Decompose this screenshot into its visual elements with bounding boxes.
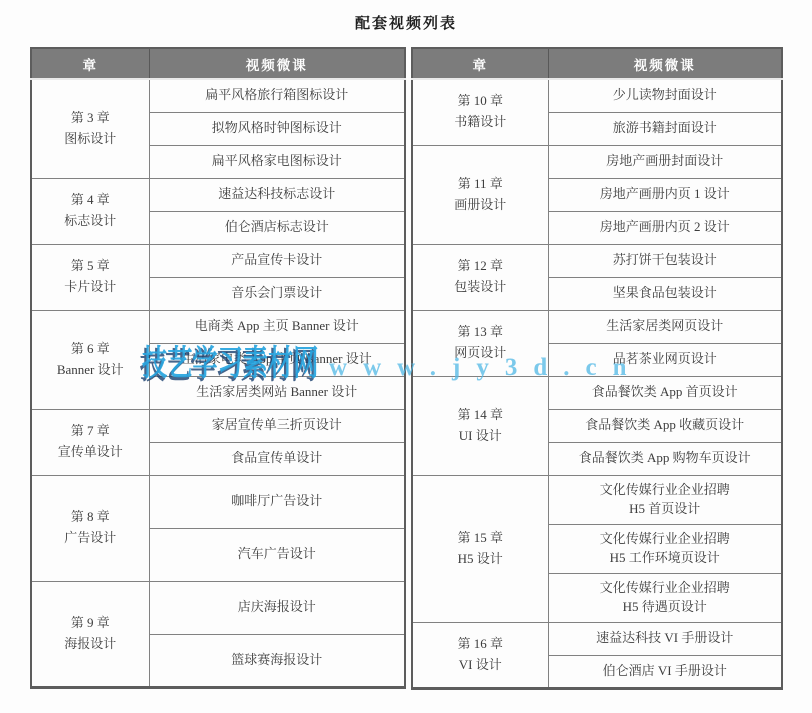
chapter-number: 第 13 章 xyxy=(415,322,546,343)
video-cell: 文化传媒行业企业招聘 H5 待遇页设计 xyxy=(548,573,782,622)
chapter-number: 第 16 章 xyxy=(415,634,546,655)
chapter-number: 第 5 章 xyxy=(34,256,147,277)
chapter-topic: 图标设计 xyxy=(34,129,147,150)
chapter-number: 第 10 章 xyxy=(415,91,546,112)
table-header-row: 章视频微课 xyxy=(31,48,405,79)
table-header-row: 章视频微课 xyxy=(412,48,782,79)
chapter-number: 第 12 章 xyxy=(415,256,546,277)
video-cell: 品茗茶业网页设计 xyxy=(548,343,782,376)
video-cell: 房地产画册内页 2 设计 xyxy=(548,211,782,244)
videos-header-cell: 视频微课 xyxy=(548,48,782,79)
chapter-number: 第 14 章 xyxy=(415,405,546,426)
chapter-cell: 第 11 章画册设计 xyxy=(412,145,548,244)
chapter-number: 第 8 章 xyxy=(34,507,147,528)
chapter-cell: 第 14 章UI 设计 xyxy=(412,376,548,475)
chapter-topic: UI 设计 xyxy=(415,426,546,447)
chapter-topic: 卡片设计 xyxy=(34,277,147,298)
table-row: 第 10 章书籍设计少儿读物封面设计 xyxy=(412,79,782,112)
table-row: 第 8 章广告设计咖啡厅广告设计 xyxy=(31,475,405,528)
chapter-number: 第 9 章 xyxy=(34,613,147,634)
table-row: 第 12 章包装设计苏打饼干包装设计 xyxy=(412,244,782,277)
table-row: 第 16 章VI 设计速益达科技 VI 手册设计 xyxy=(412,622,782,655)
chapter-video-table-right: 章视频微课第 10 章书籍设计少儿读物封面设计旅游书籍封面设计第 11 章画册设… xyxy=(411,47,783,690)
chapter-cell: 第 16 章VI 设计 xyxy=(412,622,548,688)
video-cell: 伯仑酒店 VI 手册设计 xyxy=(548,655,782,688)
chapter-topic: 书籍设计 xyxy=(415,112,546,133)
video-cell: 生活家电类 App 主页 Banner 设计 xyxy=(149,343,405,376)
table-row: 第 6 章Banner 设计电商类 App 主页 Banner 设计 xyxy=(31,310,405,343)
video-cell: 少儿读物封面设计 xyxy=(548,79,782,112)
video-cell: 食品餐饮类 App 收藏页设计 xyxy=(548,409,782,442)
chapter-topic: 网页设计 xyxy=(415,343,546,364)
video-cell: 拟物风格时钟图标设计 xyxy=(149,112,405,145)
video-cell: 旅游书籍封面设计 xyxy=(548,112,782,145)
video-cell: 扁平风格旅行箱图标设计 xyxy=(149,79,405,112)
scanned-page: 配套视频列表 章视频微课第 3 章图标设计扁平风格旅行箱图标设计拟物风格时钟图标… xyxy=(0,0,812,713)
video-cell: 苏打饼干包装设计 xyxy=(548,244,782,277)
table-row: 第 11 章画册设计房地产画册封面设计 xyxy=(412,145,782,178)
chapter-topic: VI 设计 xyxy=(415,655,546,676)
chapter-cell: 第 4 章标志设计 xyxy=(31,178,149,244)
chapter-cell: 第 6 章Banner 设计 xyxy=(31,310,149,409)
video-cell: 食品餐饮类 App 首页设计 xyxy=(548,376,782,409)
chapter-cell: 第 12 章包装设计 xyxy=(412,244,548,310)
table-row: 第 7 章宣传单设计家居宣传单三折页设计 xyxy=(31,409,405,442)
chapter-cell: 第 3 章图标设计 xyxy=(31,79,149,178)
table-row: 第 13 章网页设计生活家居类网页设计 xyxy=(412,310,782,343)
chapter-number: 第 3 章 xyxy=(34,108,147,129)
video-cell: 房地产画册内页 1 设计 xyxy=(548,178,782,211)
video-cell: 伯仑酒店标志设计 xyxy=(149,211,405,244)
video-cell: 速益达科技 VI 手册设计 xyxy=(548,622,782,655)
chapter-topic: 画册设计 xyxy=(415,195,546,216)
chapter-topic: 海报设计 xyxy=(34,634,147,655)
chapter-number: 第 7 章 xyxy=(34,421,147,442)
chapter-topic: Banner 设计 xyxy=(34,360,147,381)
chapter-topic: H5 设计 xyxy=(415,549,546,570)
chapter-cell: 第 7 章宣传单设计 xyxy=(31,409,149,475)
table-row: 第 14 章UI 设计食品餐饮类 App 首页设计 xyxy=(412,376,782,409)
chapter-header-cell: 章 xyxy=(31,48,149,79)
video-cell: 食品餐饮类 App 购物车页设计 xyxy=(548,442,782,475)
video-cell: 产品宣传卡设计 xyxy=(149,244,405,277)
chapter-video-table-left: 章视频微课第 3 章图标设计扁平风格旅行箱图标设计拟物风格时钟图标设计扁平风格家… xyxy=(30,47,406,689)
video-cell: 生活家居类网页设计 xyxy=(548,310,782,343)
chapter-number: 第 15 章 xyxy=(415,528,546,549)
video-cell: 家居宣传单三折页设计 xyxy=(149,409,405,442)
chapter-cell: 第 5 章卡片设计 xyxy=(31,244,149,310)
chapter-cell: 第 15 章H5 设计 xyxy=(412,475,548,622)
video-cell: 汽车广告设计 xyxy=(149,528,405,581)
table-row: 第 5 章卡片设计产品宣传卡设计 xyxy=(31,244,405,277)
chapter-topic: 标志设计 xyxy=(34,211,147,232)
video-cell: 扁平风格家电图标设计 xyxy=(149,145,405,178)
videos-header-cell: 视频微课 xyxy=(149,48,405,79)
table-row: 第 3 章图标设计扁平风格旅行箱图标设计 xyxy=(31,79,405,112)
video-cell: 房地产画册封面设计 xyxy=(548,145,782,178)
table-row: 第 4 章标志设计速益达科技标志设计 xyxy=(31,178,405,211)
table-row: 第 9 章海报设计店庆海报设计 xyxy=(31,581,405,634)
video-cell: 店庆海报设计 xyxy=(149,581,405,634)
page-title: 配套视频列表 xyxy=(0,12,812,33)
chapter-cell: 第 13 章网页设计 xyxy=(412,310,548,376)
chapter-cell: 第 9 章海报设计 xyxy=(31,581,149,687)
chapter-cell: 第 10 章书籍设计 xyxy=(412,79,548,145)
chapter-topic: 广告设计 xyxy=(34,528,147,549)
video-cell: 坚果食品包装设计 xyxy=(548,277,782,310)
video-cell: 音乐会门票设计 xyxy=(149,277,405,310)
chapter-number: 第 6 章 xyxy=(34,339,147,360)
video-cell: 生活家居类网站 Banner 设计 xyxy=(149,376,405,409)
chapter-cell: 第 8 章广告设计 xyxy=(31,475,149,581)
video-cell: 文化传媒行业企业招聘 H5 首页设计 xyxy=(548,475,782,524)
chapter-number: 第 4 章 xyxy=(34,190,147,211)
video-cell: 篮球赛海报设计 xyxy=(149,634,405,687)
video-cell: 速益达科技标志设计 xyxy=(149,178,405,211)
video-cell: 食品宣传单设计 xyxy=(149,442,405,475)
chapter-topic: 包装设计 xyxy=(415,277,546,298)
table-row: 第 15 章H5 设计文化传媒行业企业招聘 H5 首页设计 xyxy=(412,475,782,524)
video-cell: 文化传媒行业企业招聘 H5 工作环境页设计 xyxy=(548,524,782,573)
chapter-number: 第 11 章 xyxy=(415,174,546,195)
chapter-header-cell: 章 xyxy=(412,48,548,79)
video-cell: 咖啡厅广告设计 xyxy=(149,475,405,528)
chapter-topic: 宣传单设计 xyxy=(34,442,147,463)
video-cell: 电商类 App 主页 Banner 设计 xyxy=(149,310,405,343)
